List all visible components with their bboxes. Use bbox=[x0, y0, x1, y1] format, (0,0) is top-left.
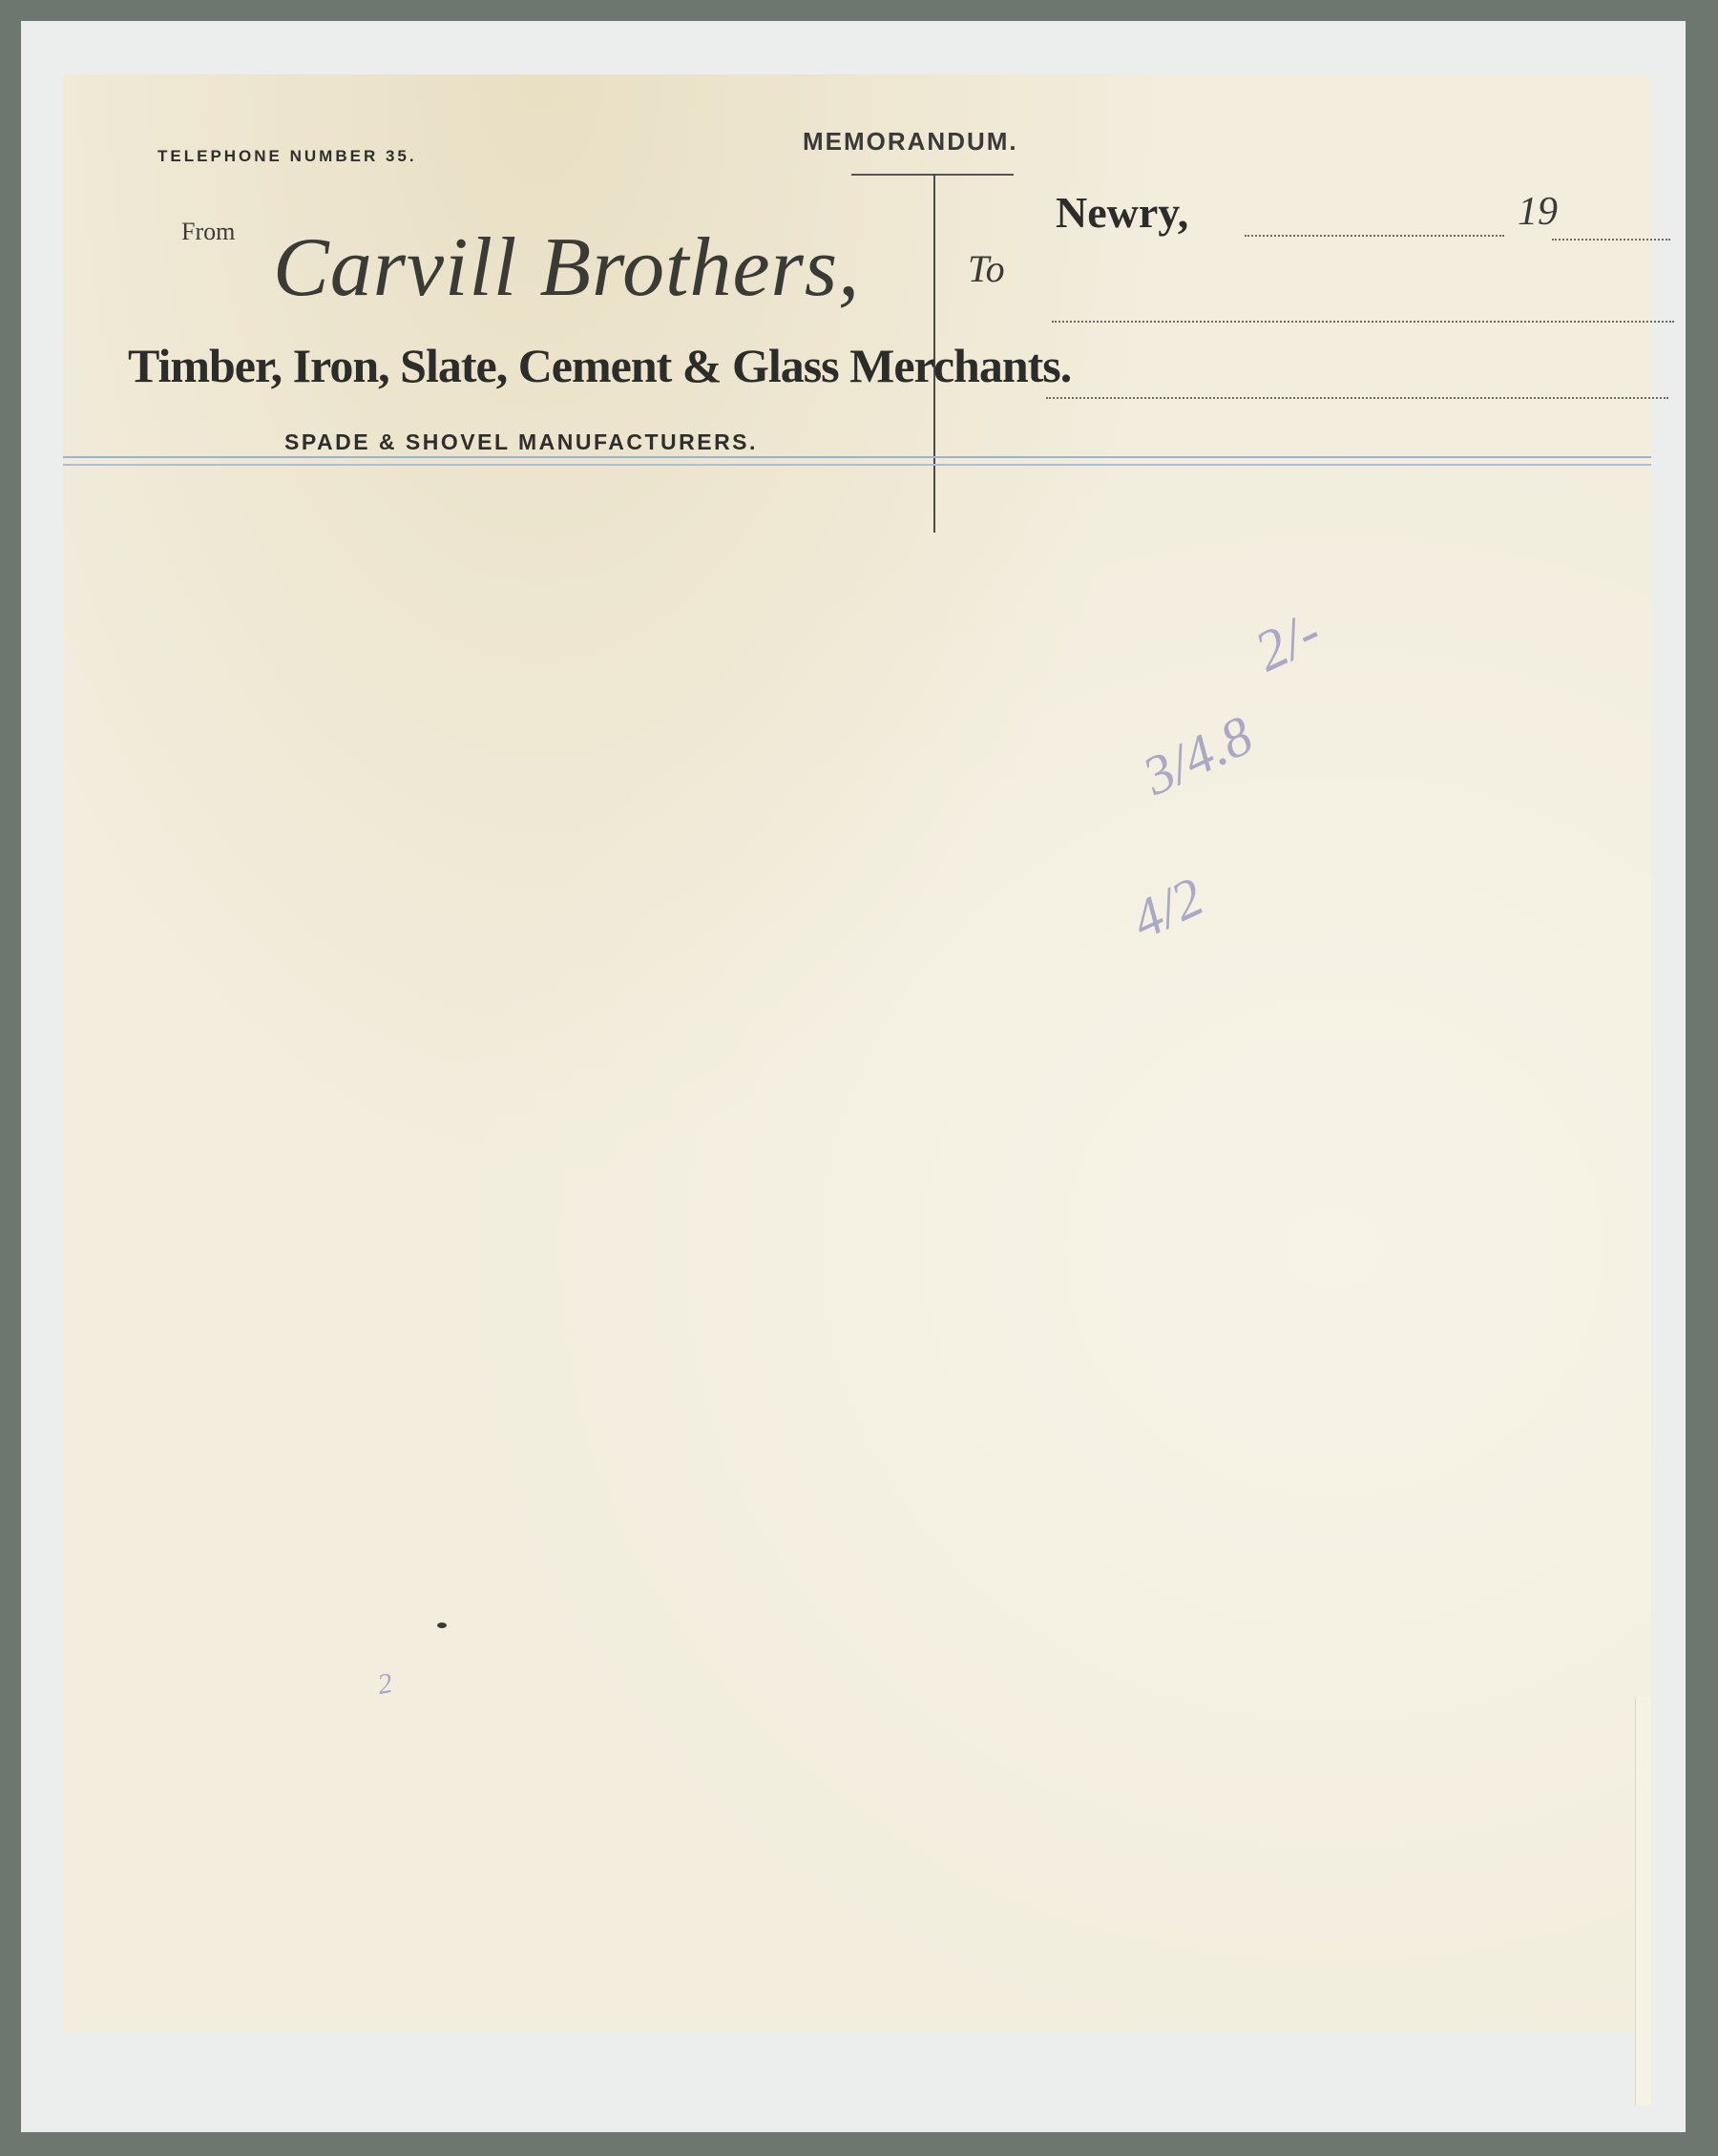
place-name: Newry, bbox=[1056, 187, 1188, 238]
company-name: Carvill Brothers, bbox=[273, 220, 860, 316]
title-rule bbox=[851, 174, 1014, 176]
paper-fold-edge bbox=[1635, 1697, 1651, 2105]
pencil-annotation: 2/- bbox=[1246, 598, 1331, 685]
date-field-line bbox=[1245, 235, 1504, 237]
year-field-line bbox=[1552, 239, 1670, 241]
recipient-line-2 bbox=[1046, 397, 1668, 399]
pencil-annotation: 2 bbox=[375, 1667, 395, 1702]
header-blue-rule bbox=[63, 456, 1651, 466]
recipient-line-1 bbox=[1052, 321, 1674, 323]
ink-speck bbox=[437, 1622, 447, 1628]
manufacturers-subtitle: SPADE & SHOVEL MANUFACTURERS. bbox=[284, 429, 758, 455]
memorandum-sheet: TELEPHONE NUMBER 35. MEMORANDUM. From Ca… bbox=[63, 74, 1651, 2031]
from-label: From bbox=[181, 218, 235, 246]
pencil-annotation: 4/2 bbox=[1121, 864, 1212, 952]
memorandum-title: MEMORANDUM. bbox=[803, 127, 1018, 157]
telephone-number: TELEPHONE NUMBER 35. bbox=[157, 147, 417, 166]
pencil-annotation: 3/4.8 bbox=[1133, 702, 1262, 807]
trades-line: Timber, Iron, Slate, Cement & Glass Merc… bbox=[128, 338, 1071, 393]
year-prefix: 19 bbox=[1518, 189, 1558, 235]
to-label: To bbox=[968, 246, 1005, 291]
